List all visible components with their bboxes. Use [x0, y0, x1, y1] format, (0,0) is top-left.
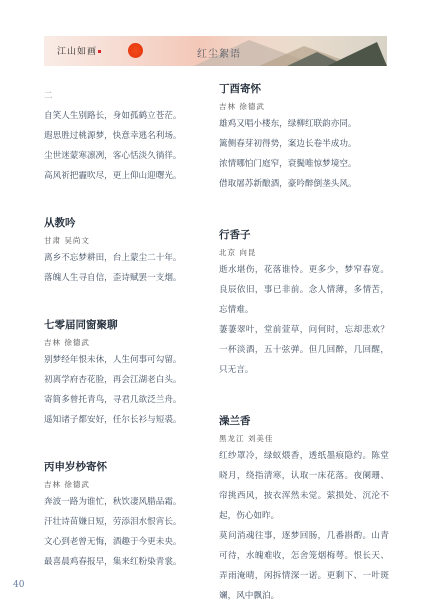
poem-line: 寄简多曾托青鸟，寻君几欲泛兰舟。 [44, 390, 214, 410]
poem-line: 尘世迷蒙寒凛冽，客心恬淡久徜徉。 [44, 146, 214, 166]
poem: 行香子 北京 向昆 逝水堪伤，花落谁怜。更多少，梦窄春宽。良辰依旧，事已非前。念… [219, 228, 389, 380]
poem-line: 篱侧春芽初得势，案边长卷半成功。 [219, 134, 389, 154]
poem-title: 丙申岁杪寄怀 [44, 460, 214, 474]
poem: 丁酉寄怀 吉林 徐德武 雄鸡又唱小楼东，绿柳红联韵亦同。 篱侧春芽初得势，案边长… [219, 82, 389, 194]
seal-icon [98, 50, 101, 53]
poem-author: 吉林 徐德武 [44, 336, 214, 350]
poem-line: 遐思胜过桃源梦，快意幸逃名利场。 [44, 126, 214, 146]
ci-stanza: 逝水堪伤，花落谁怜。更多少，梦窄春宽。良辰依旧，事已非前。念人情薄，多情苦，忘情… [219, 260, 389, 320]
poem: 澡兰香 黑龙江 刘美佳 红纱罩冷，绿蚁煨香，透纸墨痕隐约。陈堂晓月，绕指清寒，认… [219, 414, 389, 600]
poem-line: 遥知诸子都安好，任尔长衫与短裘。 [44, 410, 214, 430]
poem-line: 初离学府杏花脸，再会江湖老白头。 [44, 370, 214, 390]
right-column: 丁酉寄怀 吉林 徐德武 雄鸡又唱小楼东，绿柳红联韵亦同。 篱侧春芽初得势，案边长… [219, 82, 389, 600]
poem-title: 行香子 [219, 228, 389, 242]
poem-line: 雄鸡又唱小楼东，绿柳红联韵亦同。 [219, 114, 389, 134]
section-banner: 江山如画 红尘絮语 [44, 36, 387, 66]
poem-line: 浓情哪怕门庭窄，衰鬓唯惊梦境空。 [219, 154, 389, 174]
poem-line: 离乡不忘梦耕田，台上蒙尘二十年。 [44, 248, 214, 268]
poem-title: 七零届同窗聚聊 [44, 318, 214, 332]
poem-line: 别梦经年恨未休，人生何事可勾留。 [44, 350, 214, 370]
poem-author: 吉林 徐德武 [219, 100, 389, 114]
poem-line: 奔波一路为谁忙，秋饮凄风腊品霜。 [44, 492, 214, 512]
poem-author: 吉林 徐德武 [44, 478, 214, 492]
poem-line: 落魄人生寻自信，歪诗赋罢一支烟。 [44, 268, 214, 288]
sun-icon [128, 43, 143, 58]
poem: 从教吟 甘肃 吴尚文 离乡不忘梦耕田，台上蒙尘二十年。 落魄人生寻自信，歪诗赋罢… [44, 216, 214, 288]
ci-stanza: 萋萋翠叶，堂前萱草，问何时，忘却悲欢？一杯淡酒，五十弦弹。但几回醉，几回醒，只无… [219, 320, 389, 380]
poem-author: 北京 向昆 [219, 246, 389, 260]
poem-author: 黑龙江 刘美佳 [219, 432, 389, 446]
poem-continuation: 二 自笑人生别路长，身如孤鹤立苍茫。 遐思胜过桃源梦，快意幸逃名利场。 尘世迷蒙… [44, 86, 214, 186]
poem-line: 汗壮诗苗嫌日短，劳添泪水恨宵长。 [44, 512, 214, 532]
magazine-brand: 江山如画 [57, 44, 101, 57]
poem-line: 自笑人生别路长，身如孤鹤立苍茫。 [44, 106, 214, 126]
section-title: 红尘絮语 [197, 45, 241, 60]
poem-line: 最喜晨鸡春报早，集来红粉染青裳。 [44, 552, 214, 572]
ci-stanza: 红纱罩冷，绿蚁煨香，透纸墨痕隐约。陈堂晓月，绕指清寒，认取一床花落。夜阑珊、帘挑… [219, 446, 389, 526]
poem-line: 文心到老曾无悔，酒趣于今更未央。 [44, 532, 214, 552]
poem-author: 甘肃 吴尚文 [44, 234, 214, 248]
poem-title: 丁酉寄怀 [219, 82, 389, 96]
left-column: 二 自笑人生别路长，身如孤鹤立苍茫。 遐思胜过桃源梦，快意幸逃名利场。 尘世迷蒙… [44, 86, 214, 572]
poem-title: 从教吟 [44, 216, 214, 230]
page-number: 40 [13, 580, 24, 590]
poem-title: 澡兰香 [219, 414, 389, 428]
poem-line: 借取屠苏新酿酒，豪吟醉倒垄头风。 [219, 174, 389, 194]
poem-line: 高风祈把霾吹尽，更上仰山迎曙光。 [44, 166, 214, 186]
poem: 丙申岁杪寄怀 吉林 徐德武 奔波一路为谁忙，秋饮凄风腊品霜。 汗壮诗苗嫌日短，劳… [44, 460, 214, 572]
ci-stanza: 莫问消魂往事，逐梦回肠，几番斟酌。山青可待，水魄难收，怎舍笼烟梅萼。恨长天、弄雨… [219, 526, 389, 600]
part-marker: 二 [44, 86, 214, 106]
mountain-decoration [327, 42, 387, 66]
poem: 七零届同窗聚聊 吉林 徐德武 别梦经年恨未休，人生何事可勾留。 初离学府杏花脸，… [44, 318, 214, 430]
